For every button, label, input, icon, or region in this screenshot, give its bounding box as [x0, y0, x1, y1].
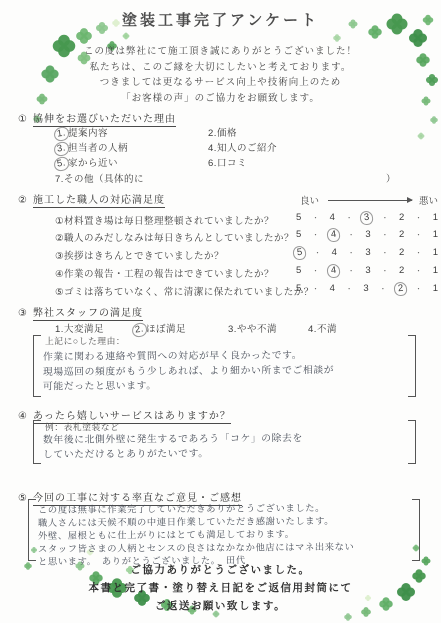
handwritten-comment: 数年後に北側外壁に発生するであろう「コケ」の除去を — [43, 430, 303, 446]
q5-comment-box: この度は無事に作業完了していただきありがとうございました。 職人さんには天候不順… — [28, 499, 420, 561]
q2-question-3: ③挨拶はきちんとできていましたか？ — [55, 248, 224, 262]
rating-value: 1 — [433, 229, 438, 240]
handwritten-comment: していただけるとありがたいです。 — [43, 445, 209, 460]
q1-option-2: 2.価格 — [208, 125, 237, 139]
rating-dot: ・ — [312, 266, 319, 276]
rating-value: 3 — [365, 229, 370, 240]
rating-value: 1 — [433, 265, 438, 276]
rating-row-5: 5・ 4・ 3・ 2・ 1 — [296, 283, 438, 294]
rating-value: 3 — [363, 283, 368, 294]
q2-question-1: ①材料置き場は毎日整理整頓されていましたか？ — [55, 213, 274, 227]
rating-value: 1 — [433, 283, 438, 294]
section2-heading: ②施工した職人の対応満足度 — [18, 191, 165, 206]
rating-value: 2 — [399, 265, 404, 276]
q3-option-3: 3.やや不満 — [228, 321, 277, 335]
q1-option-6: 6.口コミ — [208, 155, 247, 169]
rating-value: 3 — [365, 247, 370, 258]
q1-option-1: 1.提案内容 — [55, 125, 108, 141]
q1-option-4-label: 知人のご紹介 — [217, 143, 277, 154]
rating-value-selected: 4 — [326, 227, 341, 242]
q1-option-7: 7.その他（具体的に — [55, 171, 144, 185]
q3-option-3-number: 3. — [228, 324, 237, 335]
rating-value-selected: 3 — [360, 210, 375, 225]
rating-value-selected: 4 — [326, 263, 341, 278]
rating-dot: ・ — [415, 248, 422, 258]
rating-value: 5 — [296, 283, 301, 294]
footer-return-request: ご返送お願い致します。 — [0, 598, 441, 613]
handwritten-comment: 可能だったと思います。 — [43, 378, 157, 393]
q4-answer-box: 例：表札塗装など 数年後に北側外壁に発生するであろう「コケ」の除去を していただ… — [33, 420, 416, 464]
q1-close-paren: ） — [386, 171, 396, 185]
footer-return-instruction: 本書と完了書・塗り替え日記をご返信用封筒にて — [0, 580, 441, 595]
handwritten-comment: 現場巡回の頻度がもう少しあれば、より細かい所までご相談が — [43, 362, 334, 378]
q2-question-5: ⑤ゴミは落ちていなく、常に清潔に保たれていましたか？ — [55, 284, 314, 298]
section3-number: ③ — [18, 308, 28, 319]
rating-value: 1 — [433, 247, 438, 258]
rating-value: 5 — [296, 212, 301, 223]
rating-dot: ・ — [415, 266, 422, 276]
rating-value: 3 — [365, 265, 370, 276]
intro-line: この度は弊社にて施工頂き誠にありがとうございました！ — [0, 44, 441, 60]
intro-line: つきましては更なるサービス向上や技術向上のため — [0, 75, 441, 91]
rating-dot: ・ — [415, 284, 422, 294]
rating-dot: ・ — [348, 230, 355, 240]
rating-dot: ・ — [379, 284, 386, 294]
rating-dot: ・ — [312, 213, 319, 223]
rating-row-1: 5・ 4・ 3・ 2・ 1 — [296, 212, 438, 223]
rating-value: 4 — [332, 247, 337, 258]
intro-line: 私たちは、このご縁を大切にしたいと考えております。 — [0, 60, 441, 76]
rating-value: 4 — [330, 283, 335, 294]
rating-dot: ・ — [348, 248, 355, 258]
rating-value-selected: 2 — [393, 281, 408, 296]
q1-option-5: 5.家から近い — [55, 155, 118, 171]
scale-good-label: 良い — [300, 193, 319, 207]
page-title: 塗装工事完了アンケート — [0, 9, 441, 30]
q1-option-7-label: その他（具体的に — [64, 174, 144, 185]
rating-row-2: 5・ 4・ 3・ 2・ 1 — [296, 229, 438, 240]
q1-option-3-label: 担当者の人柄 — [68, 143, 128, 154]
q3-option-2-label: ほぼ満足 — [146, 324, 186, 335]
rating-dot: ・ — [346, 213, 353, 223]
q3-option-3-label: やや不満 — [237, 324, 277, 335]
rating-value: 5 — [296, 229, 301, 240]
intro-line: 「お客様の声」のご協力をお願致します。 — [0, 91, 441, 107]
rating-scale-header: 良い 悪い — [300, 193, 438, 207]
section3-title: 弊社スタッフの満足度 — [33, 308, 143, 321]
q3-option-4-label: 不満 — [317, 324, 337, 335]
q2-question-2: ②職人のみだしなみは毎日きちんとしていましたか？ — [55, 230, 294, 244]
rating-dot: ・ — [381, 266, 388, 276]
q3-reason-box: 上記に○した理由： 作業に関わる連絡や質問への対応が早く良かったです。 現場巡回… — [33, 335, 416, 397]
rating-dot: ・ — [312, 230, 319, 240]
section3-heading: ③弊社スタッフの満足度 — [18, 304, 143, 319]
rating-value: 2 — [399, 212, 404, 223]
q3-option-4: 4.不満 — [308, 321, 337, 335]
section5-number: ⑤ — [18, 493, 28, 504]
q1-option-5-label: 家から近い — [68, 158, 118, 169]
q1-option-6-label: 口コミ — [217, 158, 247, 169]
rating-value: 2 — [399, 229, 404, 240]
good-to-bad-arrow-icon — [328, 200, 412, 201]
q1-option-7-number: 7. — [55, 174, 64, 185]
rating-dot: ・ — [348, 266, 355, 276]
intro-paragraph: この度は弊社にて施工頂き誠にありがとうございました！ 私たちは、このご縁を大切に… — [0, 44, 441, 106]
questionnaire-scan: 塗装工事完了アンケート この度は弊社にて施工頂き誠にありがとうございました！ 私… — [0, 0, 441, 623]
rating-value-selected: 5 — [292, 245, 307, 260]
q1-option-3: 3.担当者の人柄 — [55, 140, 128, 156]
q1-option-4: 4.知人のご紹介 — [208, 140, 277, 154]
section4-number: ④ — [18, 411, 28, 422]
rating-value: 2 — [399, 247, 404, 258]
rating-value: 5 — [296, 265, 301, 276]
rating-row-3: 5・ 4・ 3・ 2・ 1 — [296, 247, 438, 258]
rating-value: 4 — [330, 212, 335, 223]
rating-row-4: 5・ 4・ 3・ 2・ 1 — [296, 265, 438, 276]
q3-option-4-number: 4. — [308, 324, 317, 335]
section2-number: ② — [18, 195, 28, 206]
footer-thanks: ご協力ありがとうございました。 — [0, 562, 441, 577]
section2-title: 施工した職人の対応満足度 — [33, 195, 165, 208]
q1-option-4-number: 4. — [208, 143, 217, 154]
pencil-circle-mark: 5. — [53, 156, 70, 172]
q3-reason-label: 上記に○した理由： — [45, 334, 125, 347]
q3-option-1: 1.大変満足 — [55, 321, 104, 335]
section1-number: ① — [18, 114, 28, 125]
rating-dot: ・ — [314, 248, 321, 258]
rating-dot: ・ — [381, 248, 388, 258]
handwritten-comment: 作業に関わる連絡や質問への対応が早く良かったです。 — [43, 347, 302, 363]
rating-dot: ・ — [415, 230, 422, 240]
q2-question-4: ④作業の報告・工程の報告はできていましたか？ — [55, 266, 274, 280]
rating-dot: ・ — [346, 284, 353, 294]
rating-dot: ・ — [415, 213, 422, 223]
rating-dot: ・ — [381, 213, 388, 223]
q1-option-2-label: 価格 — [217, 128, 237, 139]
section1-heading: ①協伸をお選びいただいた理由 — [18, 110, 176, 125]
q1-option-1-label: 提案内容 — [68, 128, 108, 139]
rating-value: 1 — [433, 212, 438, 223]
q1-option-2-number: 2. — [208, 128, 217, 139]
q1-option-6-number: 6. — [208, 158, 217, 169]
rating-dot: ・ — [312, 284, 319, 294]
scale-bad-label: 悪い — [419, 193, 438, 207]
rating-dot: ・ — [381, 230, 388, 240]
